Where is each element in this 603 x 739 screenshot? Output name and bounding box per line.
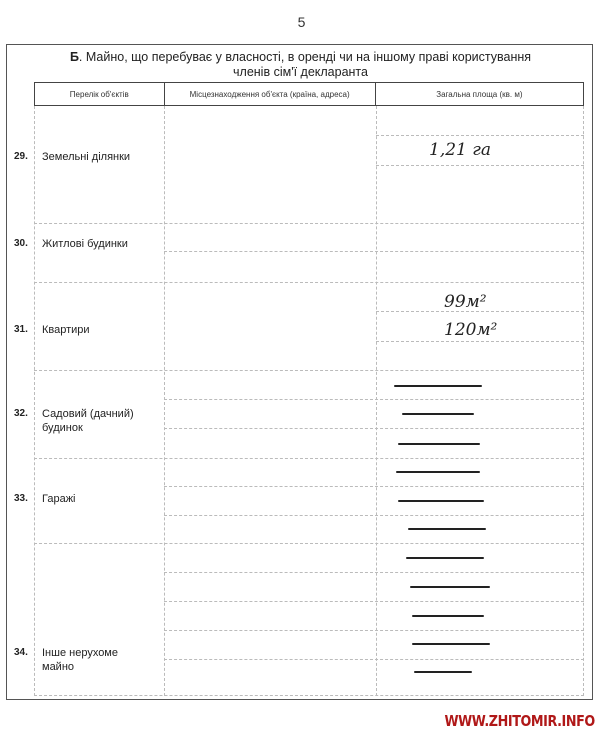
row-number: 34.: [14, 647, 28, 658]
table-header: Перелік об'єктів Місцезнаходження об'єкт…: [34, 82, 584, 106]
area-value: 99м²: [444, 292, 487, 312]
area-value: 120м²: [444, 320, 497, 340]
page-number: 5: [0, 14, 603, 30]
empty-dash: [406, 557, 484, 559]
row-number: 31.: [14, 324, 28, 335]
empty-dash: [412, 615, 484, 617]
empty-dash: [402, 413, 474, 415]
row-number: 33.: [14, 493, 28, 504]
row-number: 30.: [14, 238, 28, 249]
empty-dash: [412, 643, 490, 645]
header-objects: Перелік об'єктів: [35, 83, 165, 105]
area-value: 1,21 га: [429, 140, 491, 160]
empty-dash: [414, 671, 472, 673]
empty-dash: [410, 586, 490, 588]
section-title-line2: членів сім'ї декларанта: [233, 65, 368, 79]
empty-dash: [408, 528, 486, 530]
empty-dash: [396, 471, 480, 473]
property-table: 29. Земельні ділянки 1,21 га 30. Житлові…: [34, 106, 584, 696]
row-number: 29.: [14, 151, 28, 162]
row-label: Садовий (дачний) будинок: [42, 407, 162, 435]
section-title: Б. Майно, що перебуває у власності, в ор…: [7, 50, 594, 80]
row-number: 32.: [14, 408, 28, 419]
row-label: Житлові будинки: [42, 237, 128, 251]
header-area: Загальна площа (кв. м): [376, 83, 583, 105]
header-location: Місцезнаходження об'єкта (країна, адреса…: [165, 83, 376, 105]
row-label: Квартири: [42, 323, 90, 337]
empty-dash: [394, 385, 482, 387]
declaration-section-frame: Б. Майно, що перебуває у власності, в ор…: [6, 44, 593, 700]
empty-dash: [398, 500, 484, 502]
row-label: Земельні ділянки: [42, 150, 130, 164]
section-title-text: . Майно, що перебуває у власності, в оре…: [79, 50, 531, 64]
section-letter: Б: [70, 50, 79, 64]
watermark: WWW.ZHITOMIR.INFO: [445, 712, 595, 730]
row-label: Гаражі: [42, 492, 76, 506]
empty-dash: [398, 443, 480, 445]
row-label: Інше нерухоме майно: [42, 646, 152, 674]
